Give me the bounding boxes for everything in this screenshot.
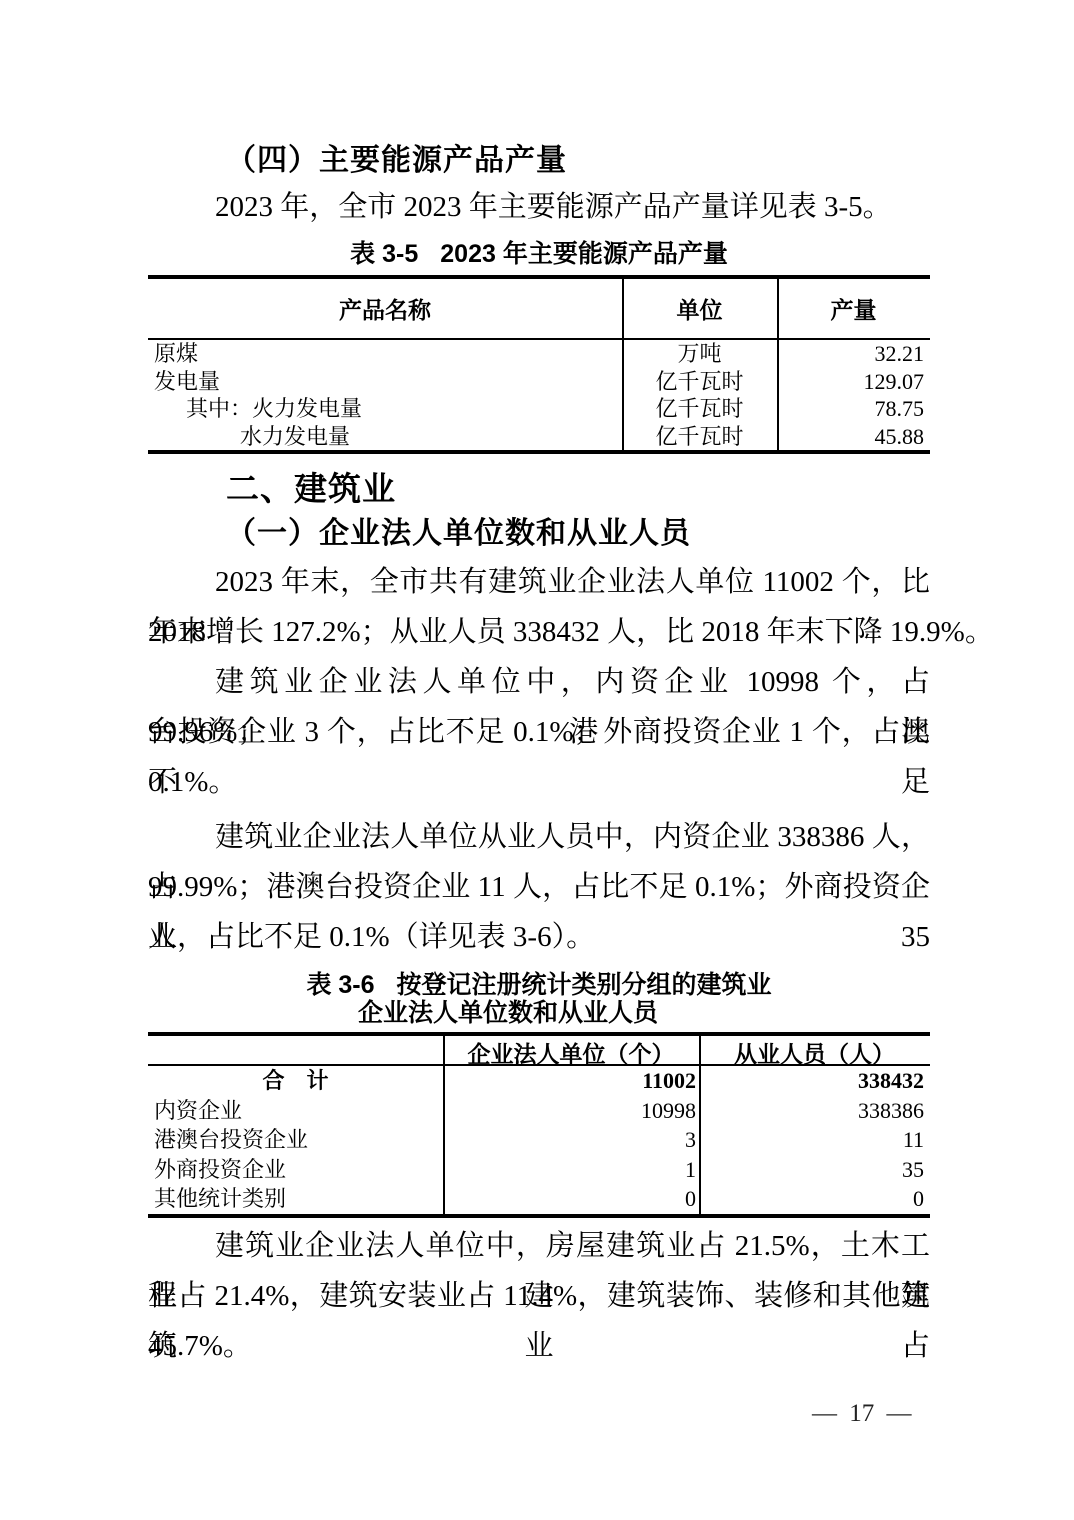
legal-units-cell: 1 xyxy=(443,1155,699,1185)
category-cell: 内资企业 xyxy=(148,1096,443,1126)
category-cell: 港澳台投资企业 xyxy=(148,1125,443,1155)
paragraph-line: 业占 21.4%，建筑安装业占 11.4%，建筑装饰、装修和其他建筑业占 xyxy=(148,1271,930,1321)
table-3-5-header-output: 产量 xyxy=(777,292,930,325)
table-3-5-header-unit: 单位 xyxy=(622,292,777,325)
product-name-cell: 原煤 xyxy=(148,340,622,368)
table-3-6-header-legal-units: 企业法人单位（个） xyxy=(443,1036,699,1069)
table-row-electricity: 发电量 亿千瓦时 129.07 xyxy=(148,368,930,396)
unit-cell: 亿千瓦时 xyxy=(622,368,777,396)
paragraph-line: 建筑业企业法人单位中，房屋建筑业占 21.5%，土木工程建筑 xyxy=(148,1221,930,1271)
product-name-cell: 发电量 xyxy=(148,368,622,396)
table-3-6-header-employees: 从业人员（人） xyxy=(699,1036,930,1069)
category-cell: 外商投资企业 xyxy=(148,1155,443,1185)
table-3-6-header-row: 企业法人单位（个） 从业人员（人） xyxy=(148,1036,930,1066)
paragraph-line: 0.1%。 xyxy=(148,757,930,807)
output-cell: 78.75 xyxy=(777,395,930,423)
paragraph-line: 年末增长 127.2%；从业人员 338432 人，比 2018 年末下降 19… xyxy=(148,607,930,657)
table-3-6-caption-title2: 企业法人单位数和从业人员 xyxy=(358,999,658,1027)
legal-units-cell: 10998 xyxy=(443,1096,699,1126)
output-cell: 32.21 xyxy=(777,340,930,368)
table-row-hydro-power: 水力发电量 亿千瓦时 45.88 xyxy=(148,423,930,451)
section-heading-energy-products: （四）主要能源产品产量 xyxy=(226,143,567,179)
paragraph-line: 人，占比不足 0.1%（详见表 3-6）。 xyxy=(148,912,930,962)
paragraph-line: 建筑业企业法人单位从业人员中，内资企业 338386 人，占 xyxy=(148,812,930,862)
unit-cell: 万吨 xyxy=(622,340,777,368)
output-cell: 129.07 xyxy=(777,368,930,396)
table-3-5-caption-label: 表 3-5 xyxy=(350,240,418,268)
legal-units-cell: 11002 xyxy=(443,1066,699,1096)
table-3-6-caption-title: 按登记注册统计类别分组的建筑业 xyxy=(397,971,772,999)
section-heading-construction: 二、建筑业 xyxy=(226,470,396,508)
paragraph-line: 99.99%；港澳台投资企业 11 人，占比不足 0.1%；外商投资企业 35 xyxy=(148,862,930,912)
output-cell: 45.88 xyxy=(777,423,930,451)
table-3-5-caption-title: 2023 年主要能源产品产量 xyxy=(440,240,728,268)
table-3-6-column-divider-2 xyxy=(699,1036,701,1214)
table-row-thermal-power: 其中：火力发电量 亿千瓦时 78.75 xyxy=(148,395,930,423)
table-3-6: 企业法人单位（个） 从业人员（人） 合 计 11002 338432 内资企业 … xyxy=(148,1032,930,1218)
table-3-5-column-divider-1 xyxy=(622,279,624,450)
table-3-5-header-row: 产品名称 单位 产量 xyxy=(148,279,930,340)
category-cell: 合 计 xyxy=(148,1066,443,1096)
table-3-5-column-divider-2 xyxy=(777,279,779,450)
unit-cell: 亿千瓦时 xyxy=(622,395,777,423)
employees-cell: 0 xyxy=(699,1184,930,1214)
employees-cell: 35 xyxy=(699,1155,930,1185)
table-3-5: 产品名称 单位 产量 原煤 万吨 32.21 发电量 亿千瓦时 129.07 其… xyxy=(148,275,930,454)
table-3-5-caption: 表 3-52023 年主要能源产品产量 xyxy=(148,240,930,268)
page-number: — 17 — xyxy=(812,1400,912,1428)
paragraph-line: 建筑业企业法人单位中，内资企业 10998 个，占 99.96%；港澳 xyxy=(148,657,930,707)
table-3-6-caption-label: 表 3-6 xyxy=(306,971,374,999)
paragraph-line: 45.7%。 xyxy=(148,1321,930,1371)
table-row-raw-coal: 原煤 万吨 32.21 xyxy=(148,340,930,368)
legal-units-cell: 0 xyxy=(443,1184,699,1214)
table-3-6-caption-line2: 企业法人单位数和从业人员 xyxy=(148,999,930,1027)
paragraph-line: 台投资企业 3 个，占比不足 0.1%；外商投资企业 1 个，占比不足 xyxy=(148,707,930,757)
employees-cell: 338432 xyxy=(699,1066,930,1096)
legal-units-cell: 3 xyxy=(443,1125,699,1155)
table-3-5-header-product-name: 产品名称 xyxy=(148,292,622,325)
section-subheading-legal-units: （一）企业法人单位数和从业人员 xyxy=(226,516,691,552)
table-3-6-column-divider-1 xyxy=(443,1036,445,1214)
employees-cell: 11 xyxy=(699,1125,930,1155)
energy-intro-paragraph: 2023 年，全市 2023 年主要能源产品产量详见表 3-5。 xyxy=(148,182,930,232)
table-row-hk-macao-taiwan: 港澳台投资企业 3 11 xyxy=(148,1125,930,1155)
table-row-total: 合 计 11002 338432 xyxy=(148,1066,930,1096)
table-row-domestic: 内资企业 10998 338386 xyxy=(148,1096,930,1126)
table-row-other-categories: 其他统计类别 0 0 xyxy=(148,1184,930,1214)
document-page: （四）主要能源产品产量 2023 年，全市 2023 年主要能源产品产量详见表 … xyxy=(0,0,1074,1520)
table-row-foreign: 外商投资企业 1 35 xyxy=(148,1155,930,1185)
category-cell: 其他统计类别 xyxy=(148,1184,443,1214)
product-name-cell: 其中：火力发电量 xyxy=(148,395,622,423)
unit-cell: 亿千瓦时 xyxy=(622,423,777,451)
employees-cell: 338386 xyxy=(699,1096,930,1126)
product-name-cell: 水力发电量 xyxy=(148,423,622,451)
paragraph-line: 2023 年末，全市共有建筑业企业法人单位 11002 个，比 2018 xyxy=(148,557,930,607)
table-3-6-caption-line1: 表 3-6按登记注册统计类别分组的建筑业 xyxy=(148,971,930,999)
